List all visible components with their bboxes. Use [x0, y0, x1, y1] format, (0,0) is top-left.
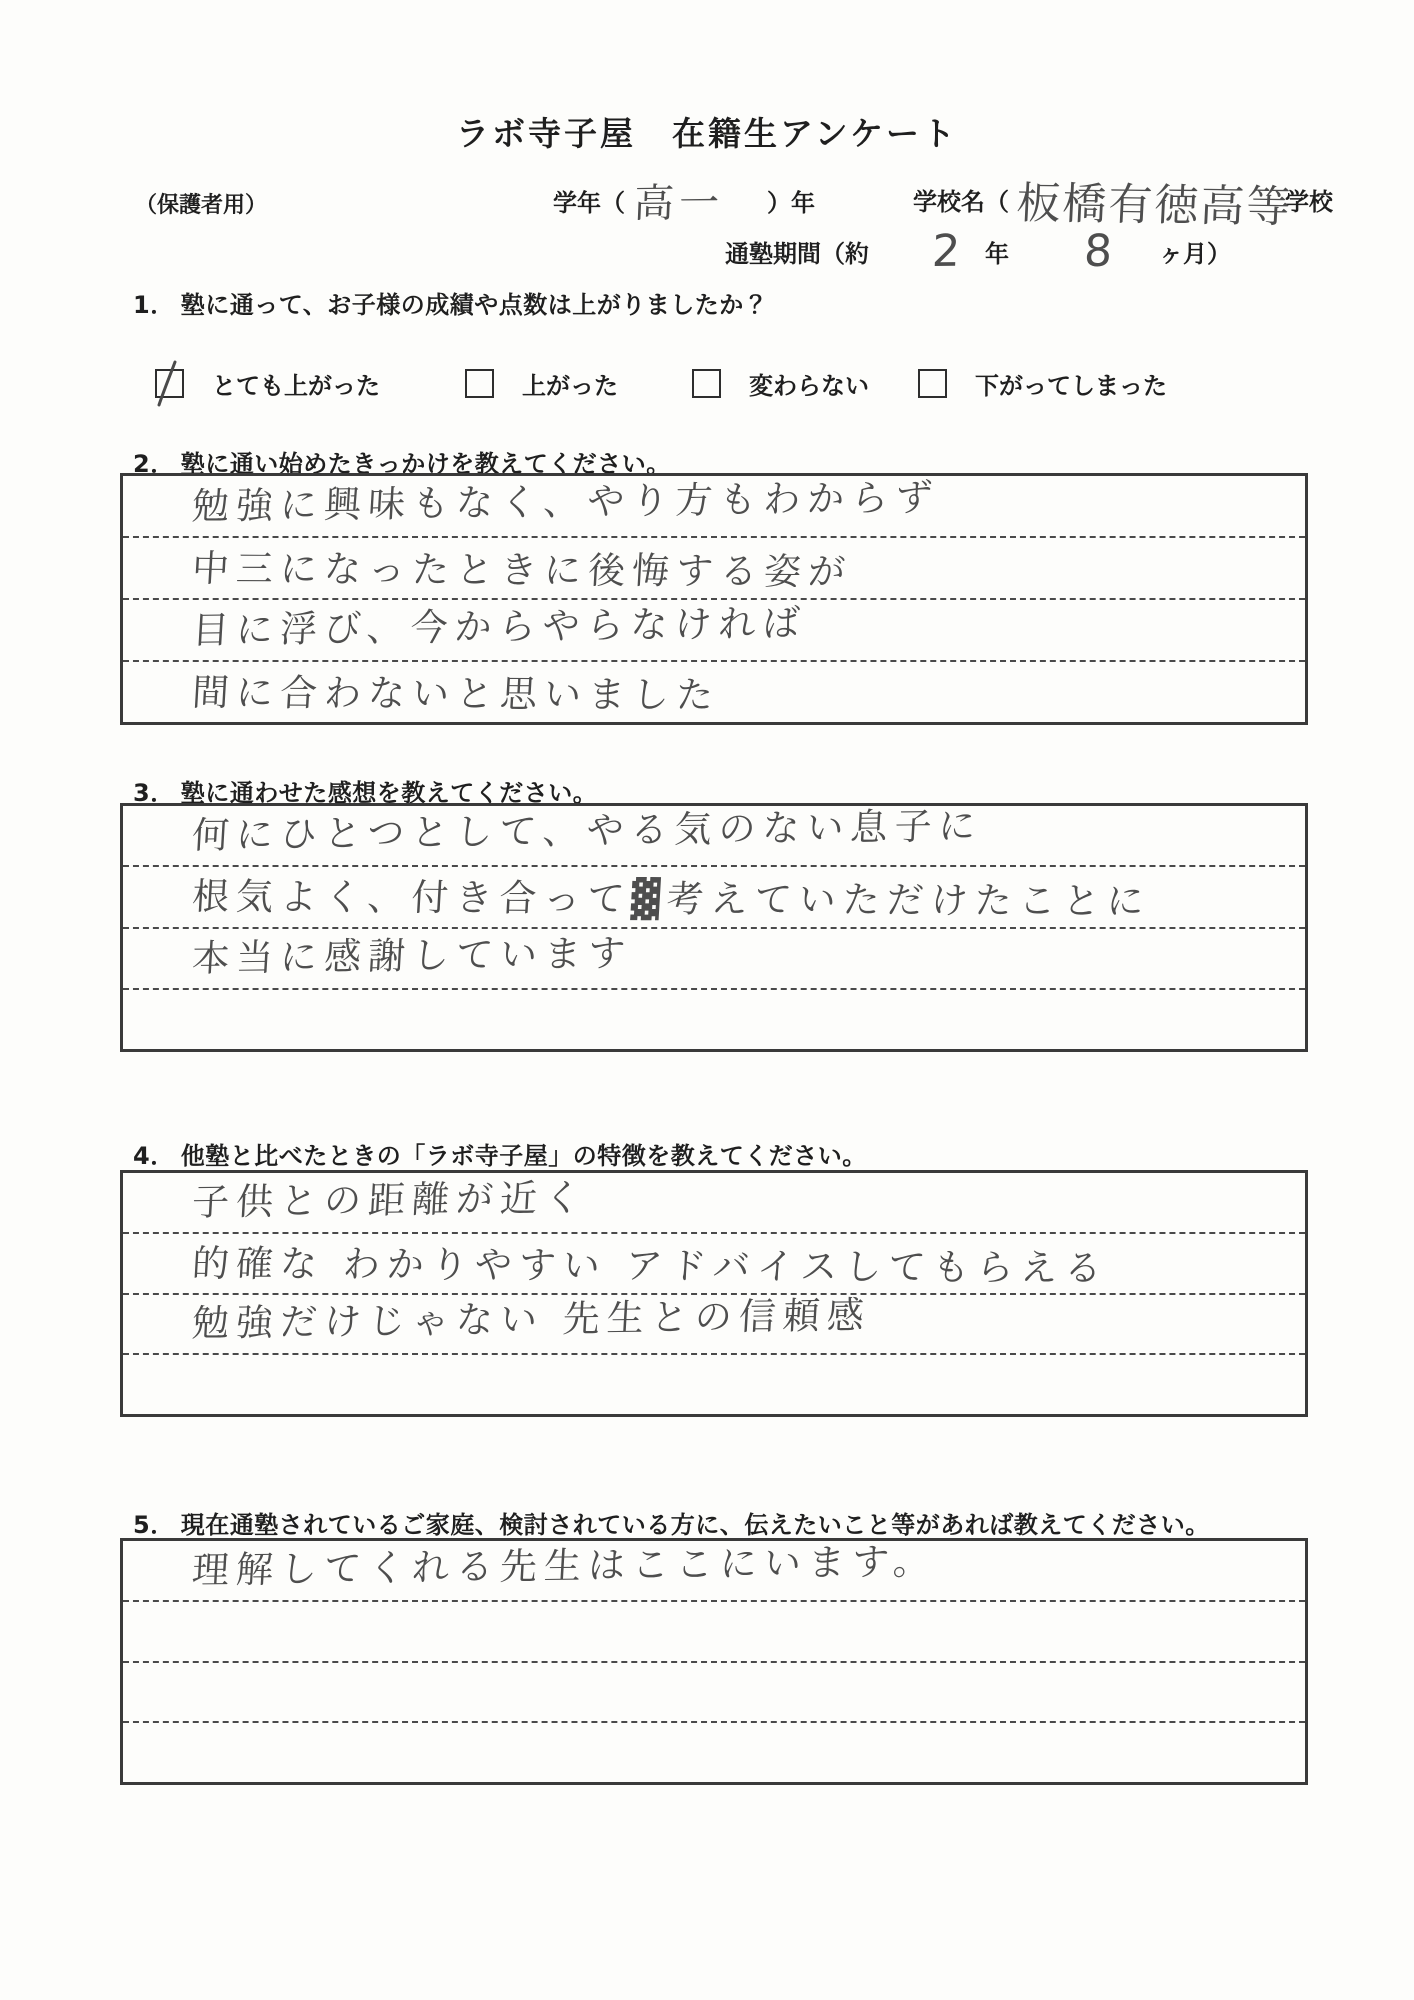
answer-line[interactable]: 何にひとつとして、やる気のない息子に: [123, 806, 1305, 867]
question-4-heading: 4．他塾と比べたときの「ラボ寺子屋」の特徴を教えてください。: [133, 1136, 867, 1171]
answer-line[interactable]: 勉強に興味もなく、やり方もわからず: [123, 476, 1305, 538]
handwritten-answer: 根気よく、付き合って▓考えていただけたことに: [191, 878, 1152, 920]
checkbox-icon[interactable]: [155, 369, 184, 398]
question-3-answer-box: 何にひとつとして、やる気のない息子に 根気よく、付き合って▓考えていただけたこと…: [120, 803, 1308, 1052]
answer-line[interactable]: [123, 1602, 1305, 1663]
checkbox-icon[interactable]: [692, 369, 721, 398]
handwritten-answer: 間に合わないと思いました: [191, 674, 721, 714]
school-field: 学校名（ 板橋有徳高等 学校: [913, 168, 1333, 230]
question-5-answer-box: 理解してくれる先生はここにいます。: [120, 1538, 1308, 1785]
audience-label: （保護者用）: [135, 188, 267, 219]
handwritten-answer: 本当に感謝しています: [191, 934, 633, 976]
handwritten-answer: 中三になったときに後悔する姿が: [191, 550, 853, 590]
period-label-prefix: 通塾期間（約: [725, 234, 869, 269]
answer-line[interactable]: [123, 990, 1305, 1049]
answer-line[interactable]: 本当に感謝しています: [123, 929, 1305, 990]
answer-line[interactable]: 勉強だけじゃない 先生との信頼感: [123, 1295, 1305, 1356]
answer-line[interactable]: 間に合わないと思いました: [123, 662, 1305, 722]
question-5-heading: 5．現在通塾されているご家庭、検討されている方に、伝えたいこと等があれば教えてく…: [133, 1505, 1210, 1540]
question-4-number: 4．: [133, 1142, 175, 1170]
answer-line[interactable]: [123, 1663, 1305, 1724]
option-declined[interactable]: 下がってしまった: [918, 366, 1167, 401]
period-years-unit: 年: [985, 234, 1009, 269]
question-5-number: 5．: [133, 1511, 175, 1539]
question-1-text: 塾に通って、お子様の成績や点数は上がりましたか？: [181, 291, 769, 319]
answer-line[interactable]: 的確な わかりやすい アドバイスしてもらえる: [123, 1234, 1305, 1295]
option-no-change[interactable]: 変わらない: [692, 366, 869, 401]
period-years-value[interactable]: 2: [931, 225, 961, 276]
question-4-text: 他塾と比べたときの「ラボ寺子屋」の特徴を教えてください。: [181, 1142, 867, 1170]
answer-line[interactable]: 根気よく、付き合って▓考えていただけたことに: [123, 867, 1305, 928]
handwritten-answer: 何にひとつとして、やる気のない息子に: [191, 807, 984, 854]
option-label: とても上がった: [212, 366, 380, 401]
handwritten-answer: 理解してくれる先生はここにいます。: [191, 1543, 938, 1589]
grade-label-prefix: 学年（: [553, 183, 625, 218]
handwritten-answer: 勉強だけじゃない 先生との信頼感: [191, 1297, 872, 1342]
answer-line[interactable]: 中三になったときに後悔する姿が: [123, 538, 1305, 600]
handwritten-answer: 的確な わかりやすい アドバイスしてもらえる: [191, 1245, 1110, 1287]
option-label: 変わらない: [749, 366, 869, 401]
school-label-prefix: 学校名（: [913, 182, 1009, 217]
handwritten-answer: 勉強に興味もなく、やり方もわからず: [191, 478, 940, 524]
handwritten-answer: 子供との距離が近く: [191, 1179, 589, 1221]
grade-field: 学年（ 高一 ）年: [553, 172, 815, 228]
question-1-number: 1．: [133, 291, 175, 319]
question-2-answer-box: 勉強に興味もなく、やり方もわからず 中三になったときに後悔する姿が 目に浮び、今…: [120, 473, 1308, 725]
period-months-unit: ヶ月）: [1159, 234, 1231, 269]
period-field: 通塾期間（約 2 年 8 ヶ月）: [725, 222, 1231, 280]
checkbox-icon[interactable]: [918, 369, 947, 398]
answer-line[interactable]: [123, 1355, 1305, 1414]
option-label: 下がってしまった: [975, 366, 1167, 401]
option-very-improved[interactable]: とても上がった: [155, 366, 380, 401]
answer-line[interactable]: [123, 1723, 1305, 1782]
checkbox-icon[interactable]: [465, 369, 494, 398]
handwritten-answer: 目に浮び、今からやらなければ: [191, 604, 808, 649]
option-label: 上がった: [522, 366, 618, 401]
grade-value[interactable]: 高一: [633, 171, 725, 229]
grade-label-suffix: ）年: [767, 183, 815, 218]
question-5-text: 現在通塾されているご家庭、検討されている方に、伝えたいこと等があれば教えてくださ…: [181, 1511, 1210, 1539]
answer-line[interactable]: 子供との距離が近く: [123, 1173, 1305, 1234]
form-title: ラボ寺子屋 在籍生アンケート: [0, 108, 1414, 155]
period-months-value[interactable]: 8: [1083, 225, 1113, 276]
survey-scan-page: ラボ寺子屋 在籍生アンケート （保護者用） 学年（ 高一 ）年 学校名（ 板橋有…: [0, 0, 1414, 2000]
question-1-heading: 1．塾に通って、お子様の成績や点数は上がりましたか？: [133, 285, 768, 320]
question-4-answer-box: 子供との距離が近く 的確な わかりやすい アドバイスしてもらえる 勉強だけじゃな…: [120, 1170, 1308, 1417]
answer-line[interactable]: 理解してくれる先生はここにいます。: [123, 1541, 1305, 1602]
question-1-options: とても上がった 上がった 変わらない 下がって: [0, 366, 1414, 400]
handwritten-check-icon: [151, 359, 185, 409]
option-improved[interactable]: 上がった: [465, 366, 618, 401]
answer-line[interactable]: 目に浮び、今からやらなければ: [123, 600, 1305, 662]
